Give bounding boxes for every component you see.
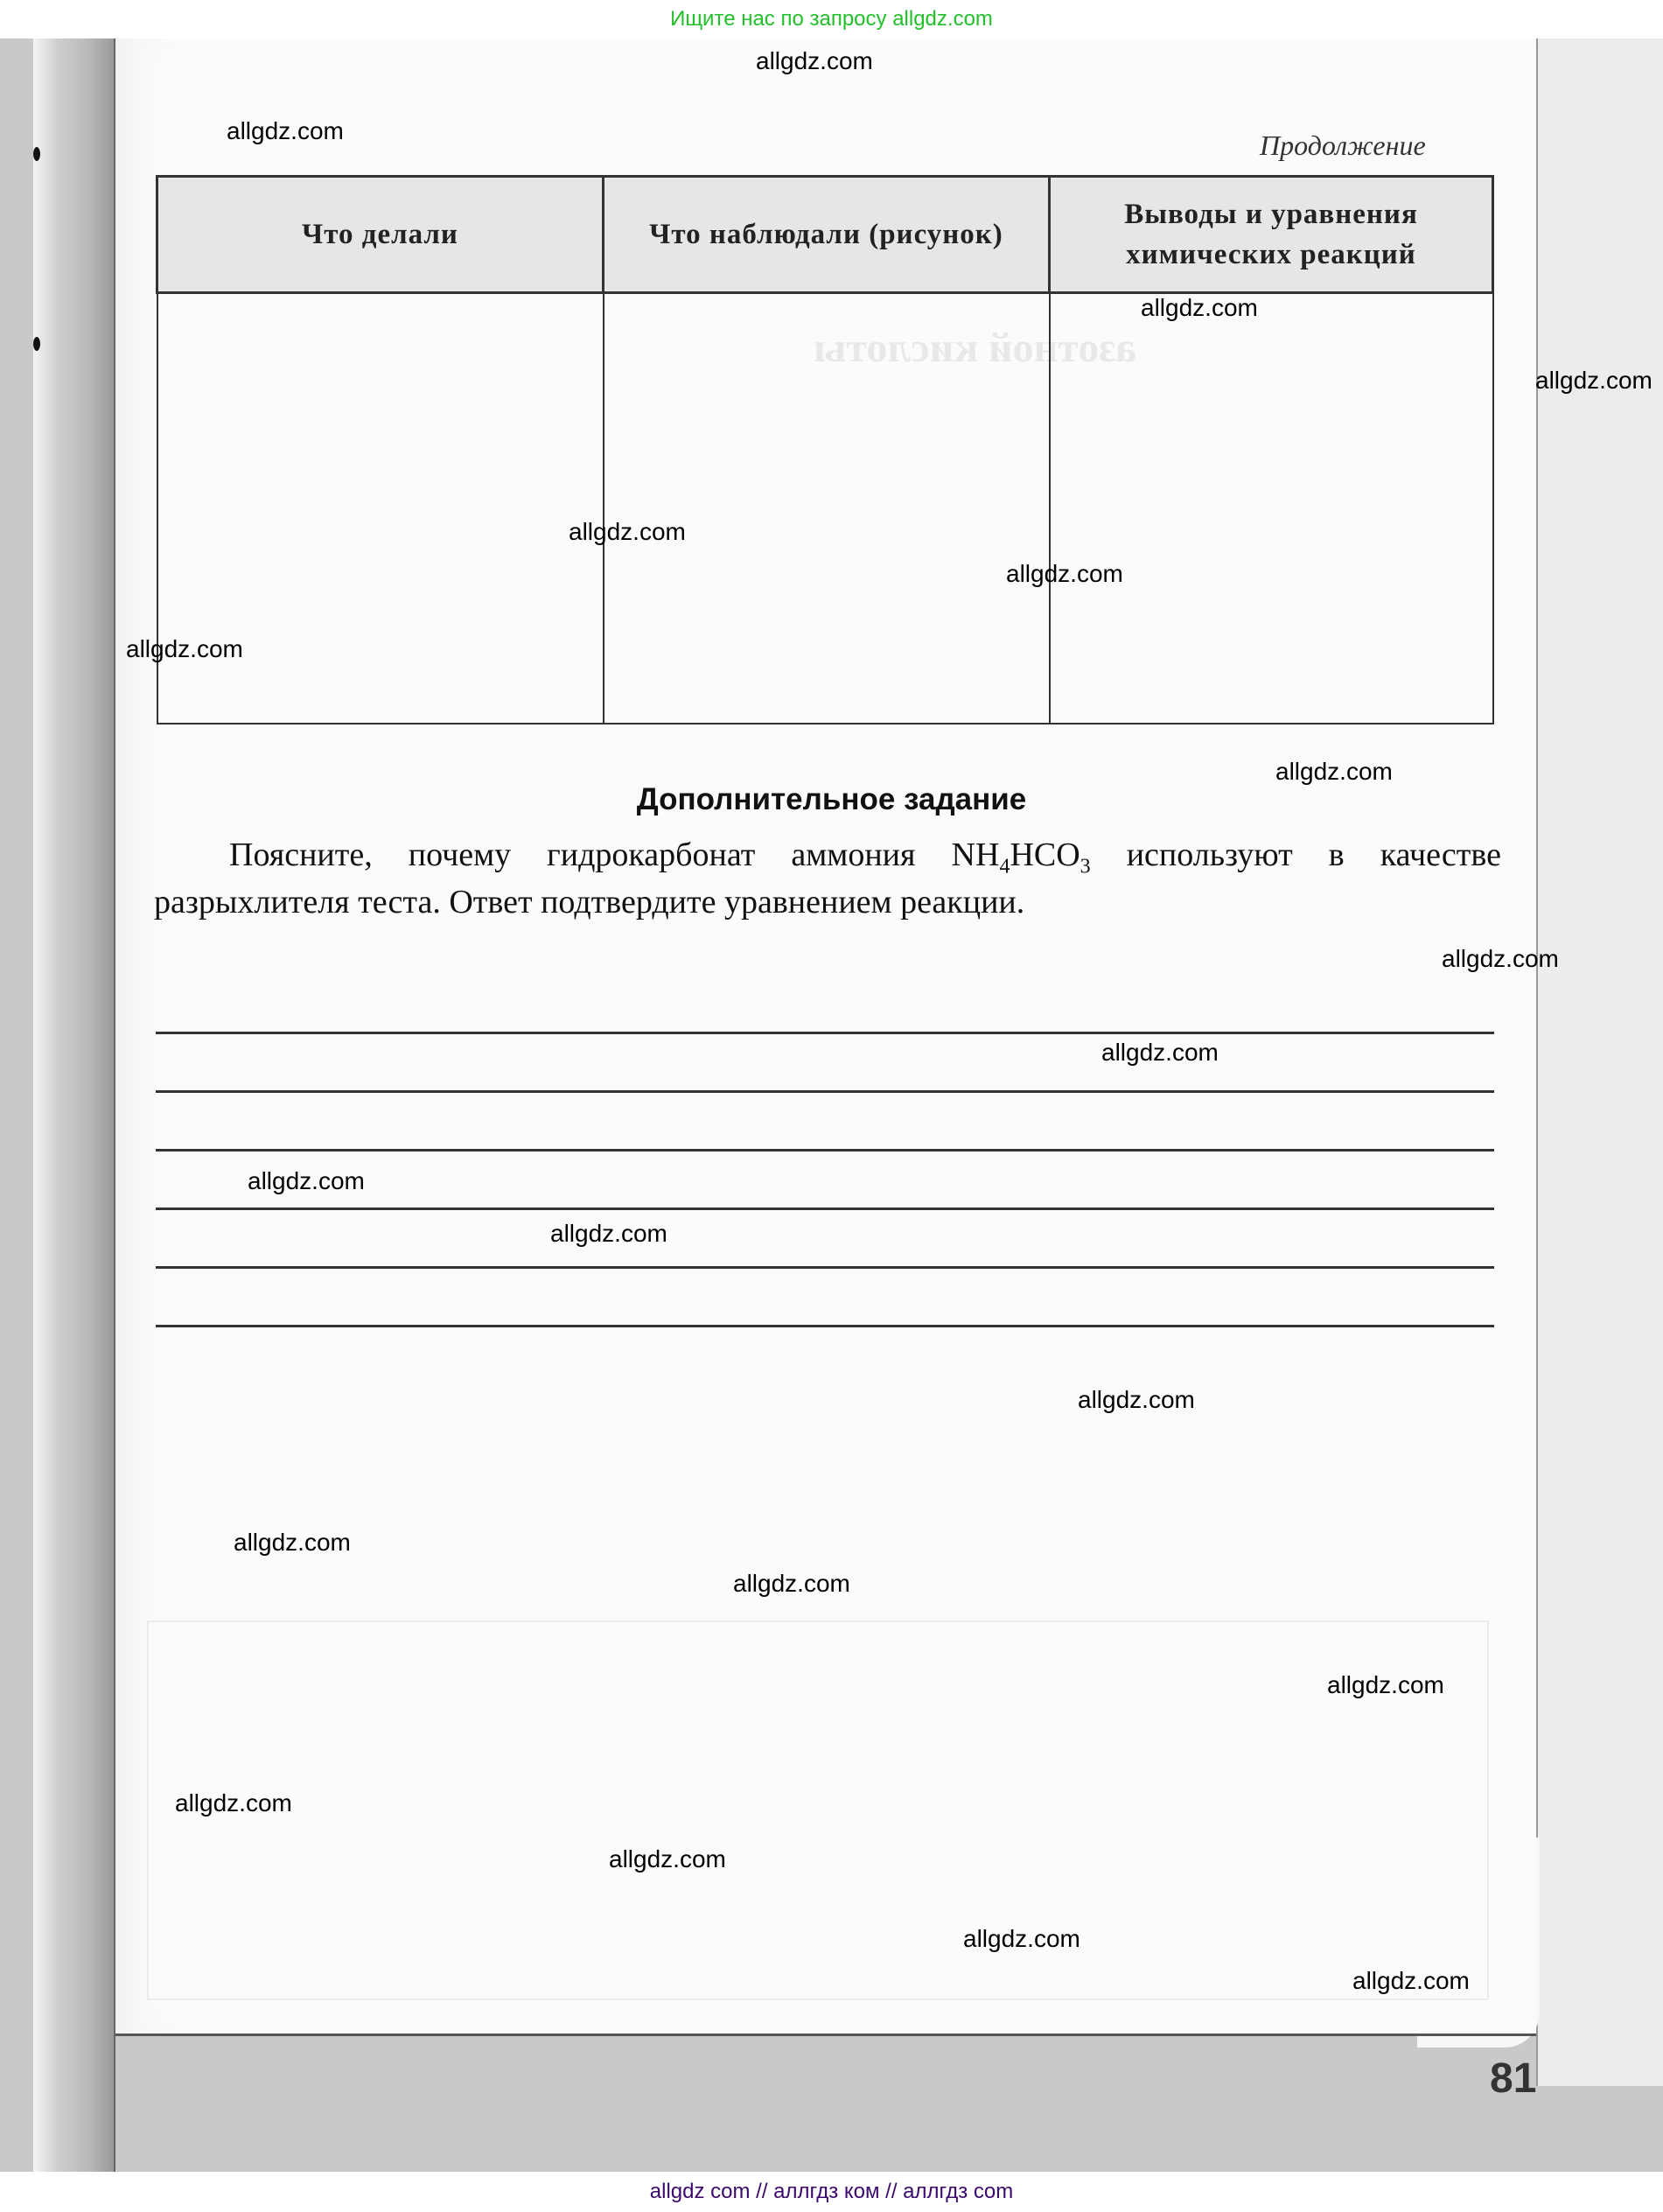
- answer-line[interactable]: [156, 1090, 1494, 1093]
- table-row: [157, 293, 1493, 724]
- watermark-text: allgdz.com: [126, 635, 243, 663]
- chemical-formula: NH4HCO3: [952, 836, 1091, 873]
- next-page-edge: [1536, 38, 1663, 2086]
- watermark-text: allgdz.com: [1442, 945, 1559, 973]
- page-number: 81: [1490, 2054, 1536, 2103]
- watermark-text: allgdz.com: [227, 117, 344, 145]
- answer-line[interactable]: [156, 1325, 1494, 1327]
- watermark-text: allgdz.com: [569, 518, 686, 546]
- watermark-text: allgdz.com: [756, 47, 873, 75]
- watermark-text: allgdz.com: [1535, 367, 1653, 395]
- binding-staple-icon: [33, 337, 40, 351]
- experiment-table: Что делали Что наблюдали (рисунок) Вывод…: [156, 175, 1494, 724]
- watermark-text: allgdz.com: [1078, 1386, 1195, 1414]
- watermark-text: allgdz.com: [609, 1845, 726, 1873]
- watermark-text: allgdz.com: [550, 1220, 667, 1248]
- watermark-text: allgdz.com: [1275, 758, 1393, 786]
- answer-line[interactable]: [156, 1149, 1494, 1151]
- column-header-observations: Что наблюдали (рисунок): [604, 177, 1050, 293]
- watermark-text: allgdz.com: [963, 1925, 1080, 1953]
- watermark-text: allgdz.com: [1327, 1671, 1444, 1699]
- book-spine: [33, 38, 115, 2172]
- watermark-text: allgdz.com: [248, 1167, 365, 1195]
- column-header-actions: Что делали: [157, 177, 604, 293]
- bottom-promo-banner: allgdz com // аллгдз ком // аллгдз com: [0, 2172, 1663, 2212]
- binding-staple-icon: [33, 147, 40, 161]
- column-header-conclusions: Выводы и уравнения химических реакций: [1050, 177, 1493, 293]
- bleedthrough-table: [147, 1620, 1489, 2000]
- watermark-text: allgdz.com: [1101, 1039, 1219, 1067]
- answer-line[interactable]: [156, 1207, 1494, 1210]
- table-cell-observations[interactable]: [604, 293, 1050, 724]
- watermark-text: allgdz.com: [175, 1789, 292, 1817]
- top-promo-banner: Ищите нас по запросу allgdz.com: [0, 0, 1663, 38]
- watermark-text: allgdz.com: [1141, 294, 1258, 322]
- watermark-text: allgdz.com: [733, 1570, 850, 1598]
- task-text-before: Поясните, почему гидрокарбонат аммония: [229, 836, 952, 873]
- table-cell-conclusions[interactable]: [1050, 293, 1493, 724]
- watermark-text: allgdz.com: [1006, 560, 1123, 588]
- continuation-label: Продолжение: [1260, 129, 1426, 162]
- answer-line[interactable]: [156, 1266, 1494, 1269]
- watermark-text: allgdz.com: [1352, 1967, 1470, 1995]
- answer-line[interactable]: [156, 1032, 1494, 1034]
- watermark-text: allgdz.com: [234, 1529, 351, 1557]
- extra-task-title: Дополнительное задание: [0, 782, 1663, 817]
- extra-task-text: Поясните, почему гидрокарбонат аммония N…: [154, 831, 1501, 926]
